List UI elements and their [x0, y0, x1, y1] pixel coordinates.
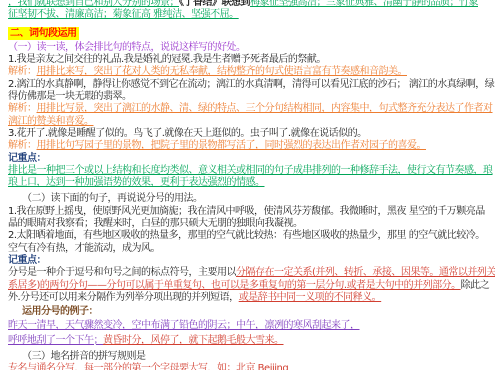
text-segment: 系居多)的两句分句——分句可以属于单重复句、也可以是多重复句的第一层分句.或者是…	[8, 280, 461, 291]
text-segment: 得仿佛那是一块无瑕的翡翠。	[8, 91, 132, 102]
text-segment: 黄昏时分，风停了，就下起鹅毛般大雪来。	[103, 335, 284, 346]
text-segment: 分号是一种介于逗号和句号之间的标点符号，主要用以	[8, 267, 236, 278]
text-segment: 空气有冷有热，才能流动，成为风。	[8, 243, 160, 254]
text-segment: （二）读下面的句子，再说说分号的用法。	[22, 193, 203, 204]
text-segment: 用排比句写园子里的景物，把院子里的景物都写活了，同时强烈的表达出作者对园子的喜爱…	[37, 140, 427, 151]
text-segment: 漓江的赞美和喜爱。	[8, 116, 94, 127]
text-segment: 昨天一清早，天气骤然变冷，空中布满了铅色的阴云；中午，凛冽的寒风刮起来了，	[8, 320, 360, 331]
text-line: 1.我在原野上摇曳，使原野风光更加旖旎；我在清风中呼吸，使清风芬芳馥郁。我微睡时…	[8, 206, 487, 218]
text-line: （二）读下面的句子，再说说分号的用法。	[8, 193, 487, 205]
text-line: （三）地名拼音的拼写规则是	[8, 351, 487, 363]
text-line: ，我们就联想到自己和别人分别的场景；《丁香结》联想到梅象征坚强高洁；兰象征典雅、…	[8, 0, 487, 9]
text-segment: 征坚韧不拔、清廉高洁；菊象征高 雅纯洁、坚强不屈。	[8, 9, 239, 20]
text-segment: 运用分号的例子：	[22, 306, 98, 317]
text-segment: 外.分号还可以用来分隔作为列举分项出现的并列短语，	[8, 292, 239, 303]
text-line: （一）读一读，体会排比句的特点，说说这样写的好处。	[8, 42, 487, 54]
text-line: 分号是一种介于逗号和句号之间的标点符号，主要用以分隔存在一定关系(并列、转折、承…	[8, 267, 487, 279]
text-segment: 解析：	[8, 140, 37, 151]
text-segment: 二、词句段运用	[8, 27, 79, 40]
text-line: 二、词句段运用	[8, 28, 487, 40]
text-segment: 晶的眼睛对我察看；我醒来时，白昼的那只硕大无朋的独眼向我凝视。	[8, 218, 303, 229]
text-line: 呼呼地刮了一个下午；黄昏时分，风停了，就下起鹅毛般大雪来。	[8, 335, 487, 347]
text-line: 昨天一清早，天气骤然变冷，空中布满了铅色的阴云；中午，凛冽的寒风刮起来了，	[8, 320, 487, 332]
text-segment: 解析：	[8, 66, 37, 77]
document-page: ，我们就联想到自己和别人分别的场景；《丁香结》联想到梅象征坚强高洁；兰象征典雅、…	[0, 0, 495, 370]
text-segment: 排比是一种把三个或以上结构和长度均类似、意义相关或相同的句子成串排列的一种修辞手…	[8, 165, 493, 176]
text-line: 解析：用排比句写园子里的景物，把院子里的景物都写活了，同时强烈的表达出作者对园子…	[8, 140, 487, 152]
text-segment: 解析：	[8, 103, 37, 114]
text-segment: 记重点：	[8, 255, 46, 266]
text-segment: （一）读一读，体会排比句的特点，说说这样写的好处。	[8, 42, 246, 53]
text-segment: ，我们就联想到自己和别人分别的场景；	[8, 0, 179, 8]
text-segment: 用排比写景，突出了漓江的水静、清、绿的特点、三个分句结构相同，内容集中，句式整齐…	[37, 103, 493, 114]
text-segment: 琅上口，达到一种加强语势的效果，更利于表达强烈的情感。	[8, 177, 265, 188]
text-line: 2.漓江的水真静啊，静得让你感觉不到它在流动；漓江的水真清啊，清得可以看见江底的…	[8, 79, 487, 91]
text-line: 1.我是亲友之间交往的礼品.我是婚礼的冠冕.我是生者赠予死者最后的祭献。	[8, 54, 487, 66]
text-line: 晶的眼睛对我察看；我醒来时，白昼的那只硕大无朋的独眼向我凝视。	[8, 218, 487, 230]
text-line: 专名与通名分写，每一部分的第一个字母要大写，如：北京 Beijing	[8, 363, 487, 370]
text-segment: （三）地名拼音的拼写规则是	[22, 351, 146, 362]
text-line: 排比是一种把三个或以上结构和长度均类似、意义相关或相同的句子成串排列的一种修辞手…	[8, 165, 487, 177]
text-segment: 专名与通名分写，每一部分的第一个字母要大写，如：北京 Beijing	[8, 363, 288, 370]
text-line: 解析：用排比写景，突出了漓江的水静、清、绿的特点、三个分句结构相同，内容集中，句…	[8, 103, 487, 115]
text-line: 外.分号还可以用来分隔作为列举分项出现的并列短语，或是辞书中同一义项的不同释义。	[8, 292, 487, 304]
text-line: 漓江的赞美和喜爱。	[8, 116, 487, 128]
text-line: 运用分号的例子：	[8, 306, 487, 318]
text-line: 琅上口，达到一种加强语势的效果，更利于表达强烈的情感。	[8, 177, 487, 189]
text-segment: 1.我是亲友之间交往的礼品.我是婚礼的冠冕.我是生者赠予死者最后的祭献。	[8, 54, 326, 65]
text-segment: 用排比来写，突出了花对人类的无私奉献，结构整齐的句式使语言富有节奏感和音韵美。	[37, 66, 408, 77]
text-line: 征坚韧不拔、清廉高洁；菊象征高 雅纯洁、坚强不屈。	[8, 9, 487, 21]
text-segment: 除此之	[461, 280, 490, 291]
text-segment: 1.我在原野上摇曳，使原野风光更加旖旎；我在清风中呼吸，使清风芬芳馥郁。我微睡时…	[8, 206, 485, 217]
text-line: 解析：用排比来写，突出了花对人类的无私奉献，结构整齐的句式使语言富有节奏感和音韵…	[8, 66, 487, 78]
text-line: 系居多)的两句分句——分句可以属于单重复句、也可以是多重复句的第一层分句.或者是…	[8, 280, 487, 292]
text-segment: 呼呼地刮了一个下午；	[8, 335, 103, 346]
text-segment: 《丁香结》联想到	[179, 0, 250, 8]
text-segment: 2.漓江的水真静啊，静得让你感觉不到它在流动；漓江的水真清啊，清得可以看见江底的…	[8, 79, 494, 90]
text-segment: 梅象征坚强高洁；兰象征典雅、清幽宁静的品质；竹象	[250, 0, 478, 8]
text-line: 得仿佛那是一块无瑕的翡翠。	[8, 91, 487, 103]
text-segment: 或是辞书中同一义项的不同释义。	[239, 292, 382, 303]
text-line: 记重点：	[8, 255, 487, 267]
text-line: 3.花开了.就像是睡醒了似的。鸟飞了.就像在天上逛似的。虫子叫了.就像在说话似的…	[8, 128, 487, 140]
text-segment: 3.花开了.就像是睡醒了似的。鸟飞了.就像在天上逛似的。虫子叫了.就像在说话似的…	[8, 128, 367, 139]
text-line: 空气有冷有热，才能流动，成为风。	[8, 243, 487, 255]
text-line: 2.太阳晒着地面，有些地区吸收的热量多，那里的空气就比较热：有些地区吸收的热量少…	[8, 230, 487, 242]
text-line: 记重点：	[8, 153, 487, 165]
text-segment: 记重点：	[8, 153, 46, 164]
text-segment: 分隔存在一定关系(并列、转折、承接、因果等。通常以并列关	[236, 267, 495, 278]
text-segment: 2.太阳晒着地面，有些地区吸收的热量多，那里的空气就比较热：有些地区吸收的热量少…	[8, 230, 485, 241]
